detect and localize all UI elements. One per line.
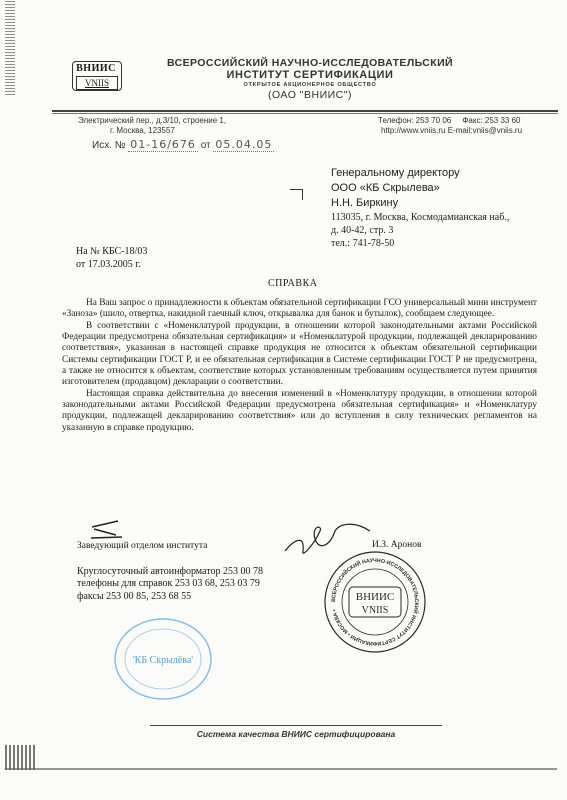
header-divider [52,110,558,112]
contact-autoinformer: Круглосуточный автоинформатор 253 00 78 [77,566,263,578]
org-type: ОТКРЫТОЕ АКЦИОНЕРНОЕ ОБЩЕСТВО [150,82,470,88]
recipient-name: Н.Н. Биркину [331,196,509,211]
org-short-name: (ОАО "ВНИИС") [150,89,470,101]
recipient-address2: д. 40-42, стр. 3 [331,224,509,237]
signatory-name: И.З. Аронов [372,540,421,550]
scan-artifact [5,0,15,95]
footer-divider [150,725,442,726]
header-divider-thin [52,113,558,114]
phone-fax: Телефон: 253 70 06 Факс: 253 33 60 [378,116,521,125]
kb-skrylev-stamp: 'КБ Скрылёва' [110,615,216,703]
contact-phones: телефоны для справок 253 03 68, 253 03 7… [77,578,263,590]
recipient-position: Генеральному директору [331,166,509,181]
org-name-line1: ВСЕРОССИЙСКИЙ НАУЧНО-ИССЛЕДОВАТЕЛЬСКИЙ [150,57,470,69]
logo-text-en: VNIIS [76,76,118,90]
recipient-address1: 113035, г. Москва, Космодамианская наб., [331,211,509,224]
footer-quality-note: Система качества ВНИИС сертифицирована [150,729,442,739]
outgoing-date-label: от [201,140,211,151]
document-body: На Ваш запрос о принадлежности к объекта… [62,298,537,434]
svg-text:ВНИИС: ВНИИС [356,591,395,603]
outgoing-label: Исх. № [92,140,125,151]
address-line1: Электрический пер., д.3/10, строение 1, [78,116,226,125]
svg-text:VNIIS: VNIIS [362,605,389,616]
signatory-position: Заведующий отделом института [77,541,207,551]
recipient-block: Генеральному директору ООО «КБ Скрылева»… [331,166,509,250]
scan-bottom-edge [5,768,557,770]
outgoing-number: Исх. № 01-16/676 от 05.04.05 [92,138,274,151]
contact-faxes: факсы 253 00 85, 253 68 55 [77,591,263,603]
document-title: СПРАВКА [268,278,317,289]
web-email: http://www.vniis.ru E-mail:vniis@vniis.r… [381,126,522,135]
reference-date: от 17.03.2005 г. [76,258,147,271]
address-corner-mark [290,189,303,200]
scan-artifact [5,745,35,770]
svg-text:'КБ Скрылёва': 'КБ Скрылёва' [133,655,193,666]
outgoing-number-value: 01-16/676 [128,138,198,152]
outgoing-date-value: 05.04.05 [213,138,274,152]
logo-text-ru: ВНИИС [73,61,119,75]
contact-info: Круглосуточный автоинформатор 253 00 78 … [77,566,263,603]
body-paragraph: На Ваш запрос о принадлежности к объекта… [62,298,537,321]
recipient-phone: тел.: 741-78-50 [331,237,509,250]
body-paragraph: Настоящая справка действительна до внесе… [62,389,537,434]
address-line2: г. Москва, 123557 [110,126,175,135]
reference-block: На № КБС-18/03 от 17.03.2005 г. [76,245,147,271]
vniis-stamp: ВСЕРОССИЙСКИЙ НАУЧНО-ИССЛЕДОВАТЕЛЬСКИЙ И… [323,550,427,654]
body-paragraph: В соответствии с «Номенклатурой продукци… [62,321,537,389]
reference-number: На № КБС-18/03 [76,245,147,258]
initials-mark [88,519,128,541]
recipient-company: ООО «КБ Скрылева» [331,181,509,196]
org-name-line2: ИНСТИТУТ СЕРТИФИКАЦИИ [150,69,470,81]
